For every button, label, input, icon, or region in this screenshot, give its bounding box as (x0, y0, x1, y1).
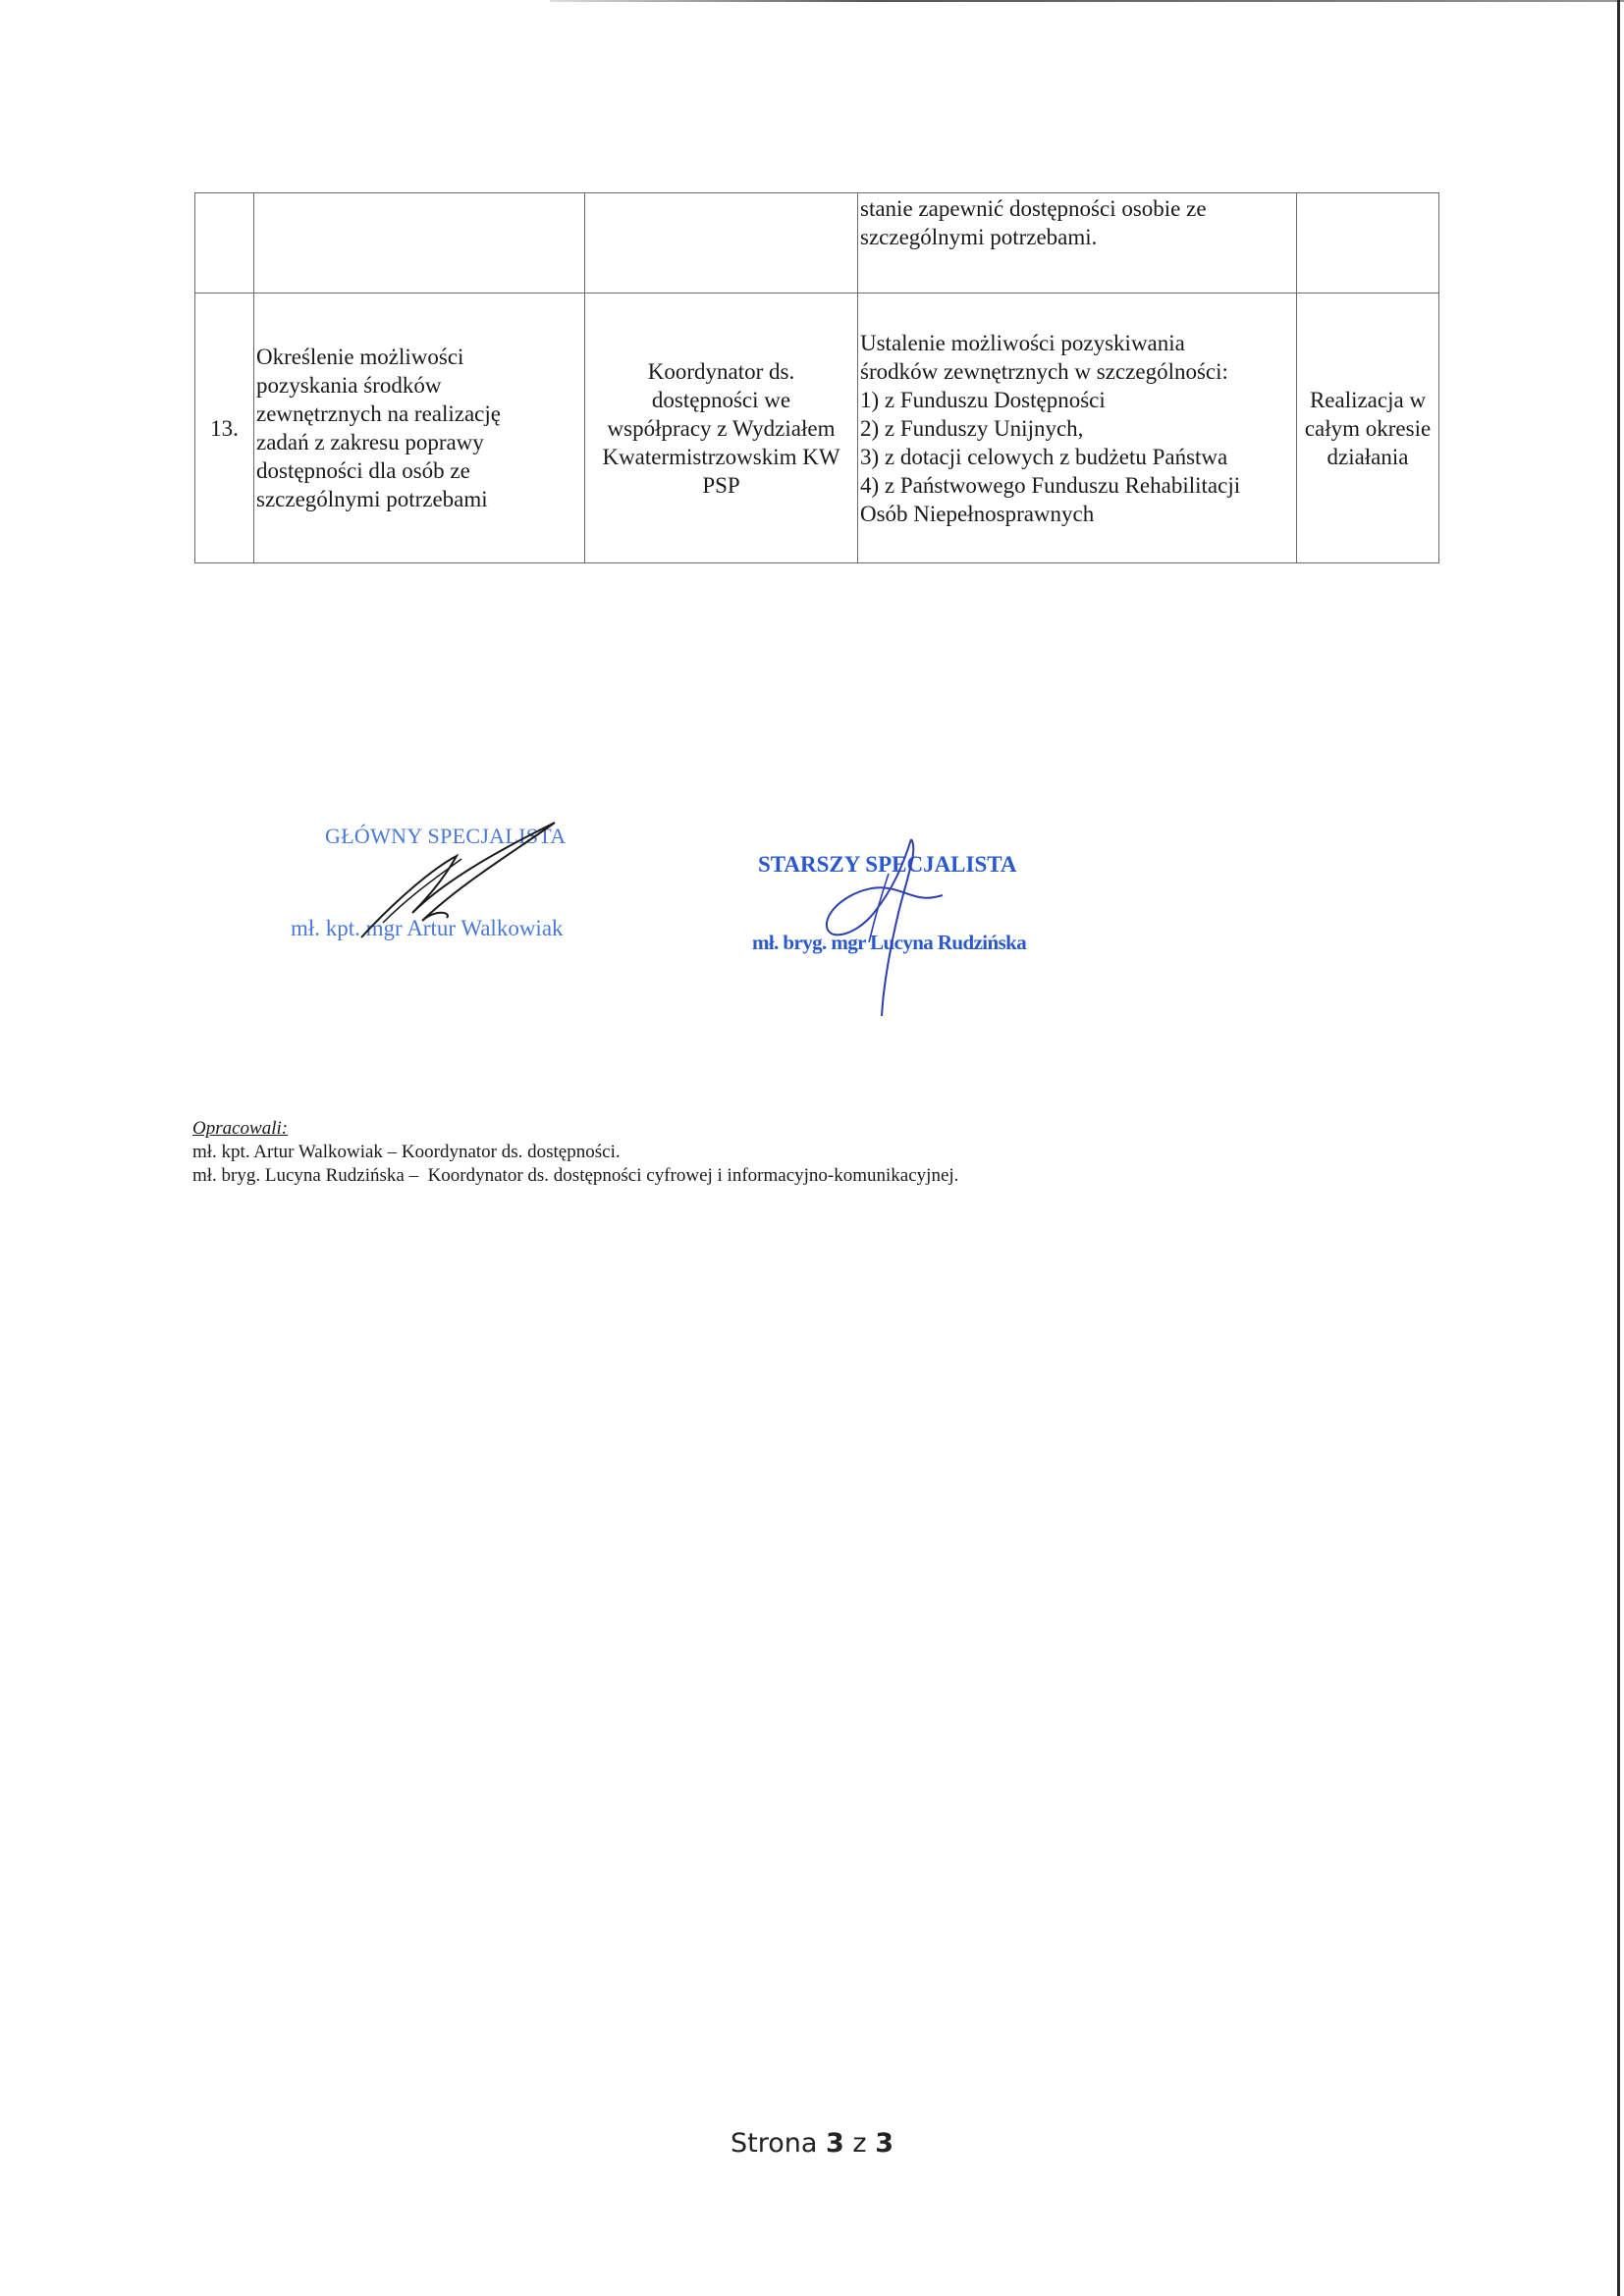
text-line: zadań z zakresu poprawy (256, 428, 582, 456)
table-row: 13. Określenie możliwości pozyskania śro… (195, 294, 1439, 563)
page-separator: z (852, 2128, 866, 2159)
action-plan-table: stanie zapewnić dostępności osobie ze sz… (194, 192, 1439, 563)
current-page-number: 3 (826, 2128, 844, 2159)
text-line: całym okresie (1299, 414, 1436, 443)
text-line: 1) z Funduszu Dostępności (860, 386, 1294, 414)
prepared-by-header: Opracowali: (192, 1117, 958, 1141)
text-line: Realizacja w (1299, 386, 1436, 414)
text-line: Ustalenie możliwości pozyskiwania (860, 329, 1294, 357)
text-line: 3) z dotacji celowych z budżetu Państwa (860, 443, 1294, 471)
signature-stamp-title: GŁÓWNY SPECJALISTA (325, 824, 566, 849)
signature-stamp-name: mł. bryg. mgr Lucyna Rudzińska (752, 931, 1026, 955)
cell-responsible (585, 193, 858, 294)
text-line: Kwatermistrzowskim KW (587, 443, 855, 471)
text-line: środków zewnętrznych w szczególności: (860, 357, 1294, 386)
cell-term: Realizacja w całym okresie działania (1297, 294, 1439, 563)
cell-number (195, 193, 254, 294)
text-line: Koordynator ds. (587, 357, 855, 386)
signature-stamp-title: STARSZY SPECJALISTA (758, 852, 1017, 878)
cell-task (254, 193, 585, 294)
cell-number: 13. (195, 294, 254, 563)
table-row: stanie zapewnić dostępności osobie ze sz… (195, 193, 1439, 294)
text-line: szczególnymi potrzebami (256, 485, 582, 513)
text-line: 4) z Państwowego Funduszu Rehabilitacji (860, 471, 1294, 500)
page-label: Strona (731, 2128, 817, 2159)
cell-term (1297, 193, 1439, 294)
cell-task: Określenie możliwości pozyskania środków… (254, 294, 585, 563)
total-pages-number: 3 (875, 2128, 893, 2159)
text-line: stanie zapewnić dostępności osobie ze (860, 194, 1294, 223)
scan-right-edge (1617, 0, 1620, 2296)
text-line: Osób Niepełnosprawnych (860, 500, 1294, 528)
text-line: 2) z Funduszy Unijnych, (860, 414, 1294, 443)
text-line: działania (1299, 443, 1436, 471)
cell-description: stanie zapewnić dostępności osobie ze sz… (858, 193, 1297, 294)
text-line: PSP (587, 471, 855, 500)
page-footer: Strona 3 z 3 (0, 2128, 1624, 2159)
prepared-by-line: mł. kpt. Artur Walkowiak – Koordynator d… (192, 1141, 958, 1164)
scan-top-edge (550, 0, 1624, 2)
text-line: szczególnymi potrzebami. (860, 223, 1294, 251)
text-line: współpracy z Wydziałem (587, 414, 855, 443)
signature-stamp-name: mł. kpt. mgr Artur Walkowiak (291, 916, 564, 941)
prepared-by-section: Opracowali: mł. kpt. Artur Walkowiak – K… (192, 1117, 958, 1188)
text-line: dostępności dla osób ze (256, 456, 582, 485)
text-line: Określenie możliwości (256, 343, 582, 371)
cell-responsible: Koordynator ds. dostępności we współprac… (585, 294, 858, 563)
text-line: dostępności we (587, 386, 855, 414)
cell-description: Ustalenie możliwości pozyskiwania środkó… (858, 294, 1297, 563)
text-line: zewnętrznych na realizację (256, 400, 582, 428)
prepared-by-line: mł. bryg. Lucyna Rudzińska – Koordynator… (192, 1164, 958, 1188)
text-line: pozyskania środków (256, 371, 582, 400)
